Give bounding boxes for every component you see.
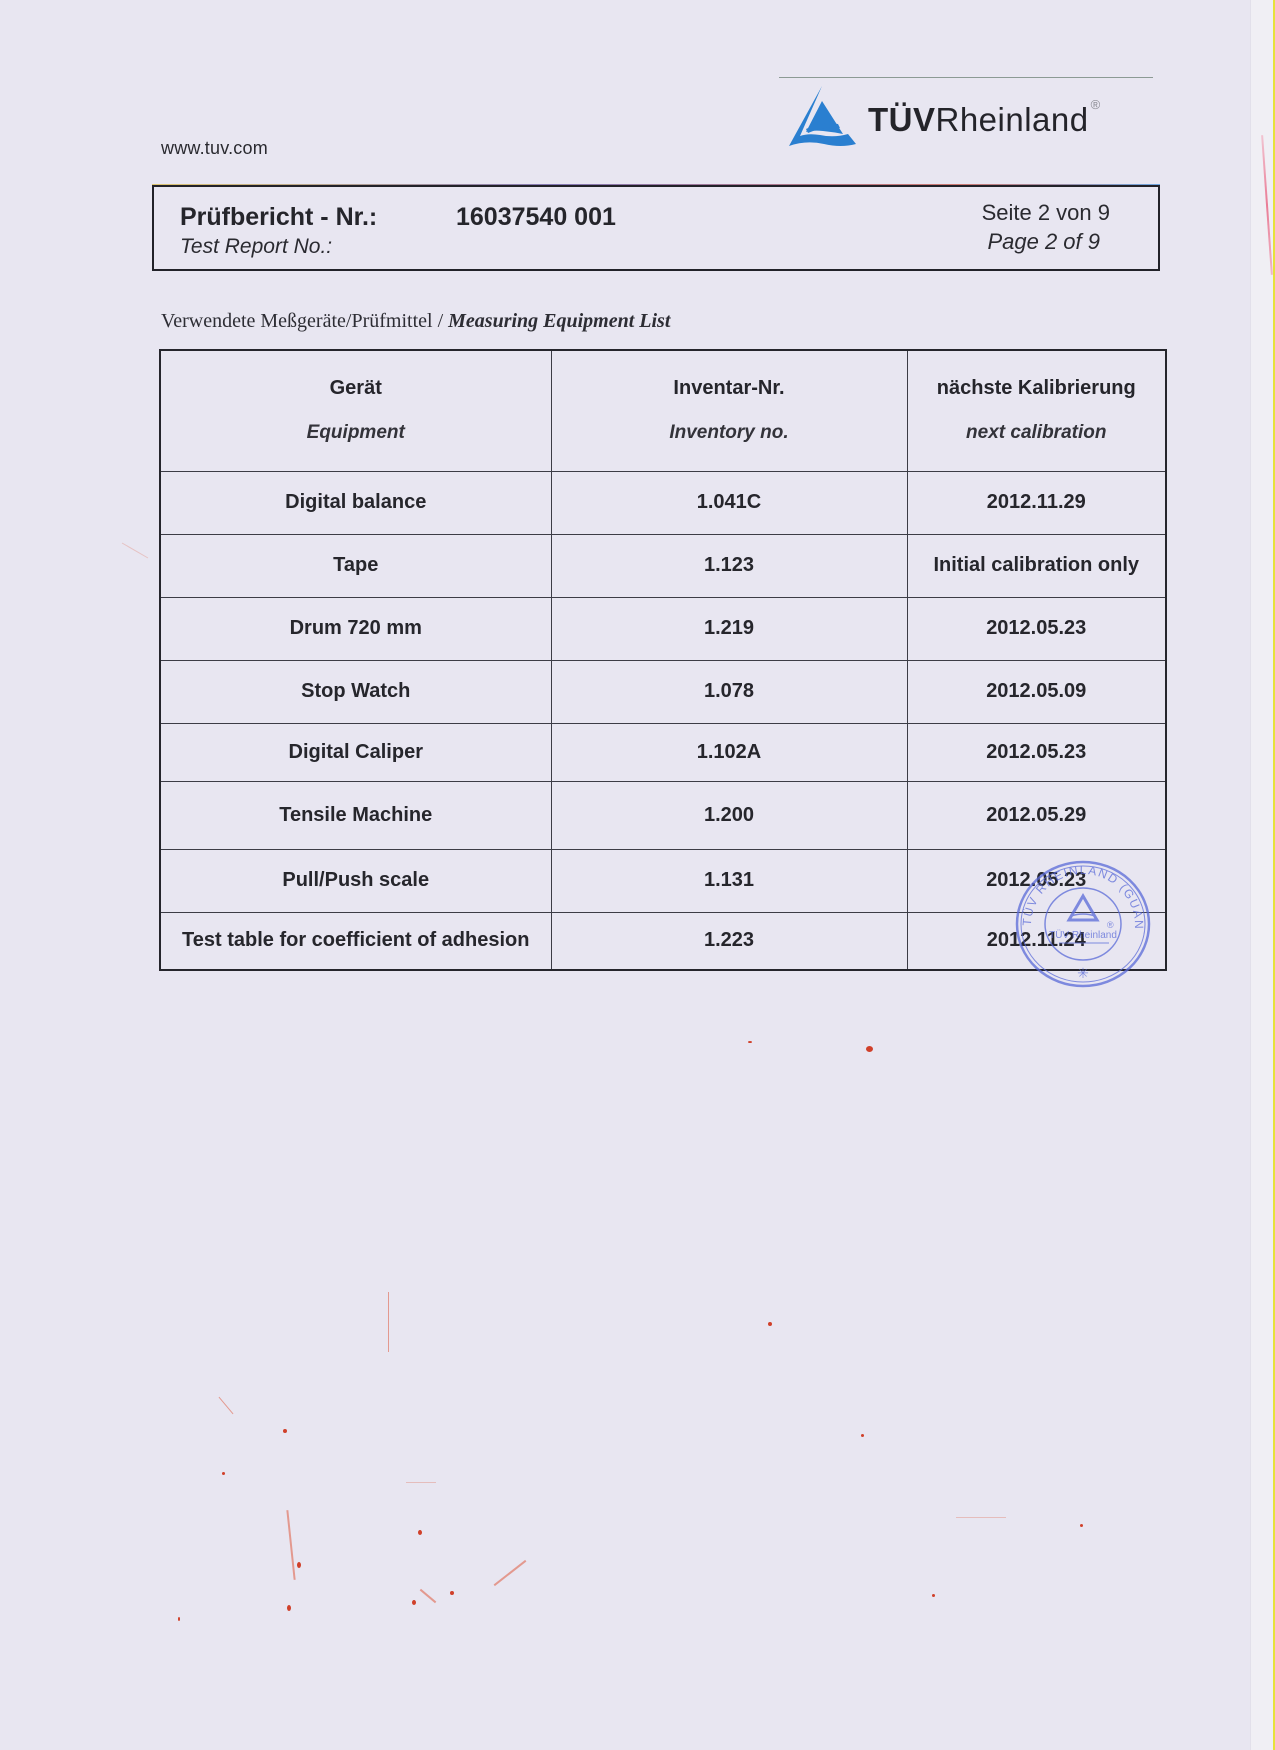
inventory-cell: 1.219 [551,597,907,660]
table-row: Test table for coefficient of adhesion 1… [160,912,1166,970]
page-indicator-en: Page 2 of 9 [987,229,1100,255]
inventory-cell: 1.223 [551,912,907,970]
equipment-cell: Test table for coefficient of adhesion [160,912,551,970]
inventory-cell: 1.102A [551,723,907,781]
section-title-de: Verwendete Meßgeräte/Prüfmittel / [161,310,448,332]
equipment-cell: Digital balance [160,471,551,534]
table-row: Drum 720 mm 1.219 2012.05.23 [160,597,1166,660]
inventory-cell: 1.078 [551,660,907,723]
column-header-inventory: Inventar-Nr. Inventory no. [551,350,907,471]
equipment-cell: Stop Watch [160,660,551,723]
registered-mark: ® [1091,97,1101,112]
table-row: Stop Watch 1.078 2012.05.09 [160,660,1166,723]
logo-wordmark: TÜVRheinland® [868,101,1101,139]
table-row: Digital Caliper 1.102A 2012.05.23 [160,723,1166,781]
column-header-en: Inventory no. [552,422,907,444]
inventory-cell: 1.131 [551,849,907,912]
calibration-cell: 2012.05.23 [907,597,1166,660]
equipment-cell: Tensile Machine [160,781,551,849]
column-header-en: Equipment [161,422,551,444]
equipment-cell: Pull/Push scale [160,849,551,912]
inventory-cell: 1.200 [551,781,907,849]
section-title-en: Measuring Equipment List [448,310,670,332]
website-url: www.tuv.com [161,138,268,159]
page-indicator-de: Seite 2 von 9 [982,200,1110,226]
calibration-cell: 2012.05.23 [907,849,1166,912]
calibration-cell: 2012.05.09 [907,660,1166,723]
tuv-rheinland-logo: TÜVRheinland® [786,84,1101,150]
report-number: 16037540 001 [456,203,616,232]
table-row: Tape 1.123 Initial calibration only [160,534,1166,597]
logo-brand-regular: Rheinland [936,101,1089,138]
header-rule [779,77,1153,78]
column-header-de: Inventar-Nr. [552,377,907,400]
report-label-de: Prüfbericht - Nr.: [180,203,377,232]
inventory-cell: 1.123 [551,534,907,597]
equipment-cell: Tape [160,534,551,597]
column-header-calibration: nächste Kalibrierung next calibration [907,350,1166,471]
table-row: Pull/Push scale 1.131 2012.05.23 [160,849,1166,912]
equipment-cell: Digital Caliper [160,723,551,781]
table-header-row: Gerät Equipment Inventar-Nr. Inventory n… [160,350,1166,471]
column-header-de: nächste Kalibrierung [908,377,1166,400]
report-label-en: Test Report No.: [180,235,332,259]
table-row: Digital balance 1.041C 2012.11.29 [160,471,1166,534]
equipment-table: Gerät Equipment Inventar-Nr. Inventory n… [159,349,1167,971]
report-number-box: Prüfbericht - Nr.: 16037540 001 Test Rep… [152,185,1160,271]
column-header-en: next calibration [908,422,1166,444]
column-header-de: Gerät [161,377,551,400]
calibration-cell: Initial calibration only [907,534,1166,597]
tuv-triangle-logo-icon [786,84,858,150]
calibration-cell: 2012.05.29 [907,781,1166,849]
equipment-cell: Drum 720 mm [160,597,551,660]
calibration-cell: 2012.05.23 [907,723,1166,781]
logo-brand-bold: TÜV [868,101,936,138]
section-title: Verwendete Meßgeräte/Prüfmittel / Measur… [161,310,670,333]
inventory-cell: 1.041C [551,471,907,534]
table-row: Tensile Machine 1.200 2012.05.29 [160,781,1166,849]
calibration-cell: 2012.11.29 [907,471,1166,534]
column-header-equipment: Gerät Equipment [160,350,551,471]
calibration-cell: 2012.11.24 [907,912,1166,970]
